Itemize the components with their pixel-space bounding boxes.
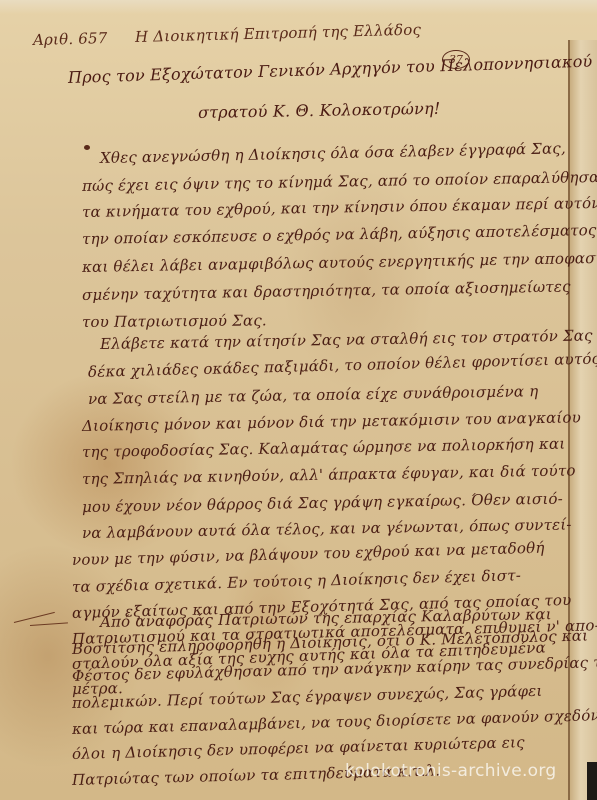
manuscript-page: Αριθ. 657 Η Διοικητική Επιτροπή της Ελλά… [0, 0, 597, 800]
body-line: της Σπηλιάς να κινηθούν, αλλ' άπρακτα έφ… [82, 461, 576, 488]
reference-number: Αριθ. 657 [33, 29, 108, 49]
margin-pen-stroke [30, 622, 68, 626]
paper-top-edge [0, 0, 597, 14]
archive-watermark: kolokotronis-archive.org [345, 761, 556, 781]
address-line-2: στρατού Κ. Θ. Κολοκοτρώνη! [198, 99, 441, 122]
issuer-heading: Η Διοικητική Επιτροπή της Ελλάδος [135, 21, 422, 46]
body-line: να Σας στείλη με τα ζώα, τα οποία είχε σ… [88, 382, 539, 408]
body-line: Διοίκησις μόνον και μόνον διά την μετακό… [82, 408, 581, 435]
body-line: πώς έχει εις όψιν της το κίνημά Σας, από… [82, 168, 597, 195]
address-line-1: Προς τον Εξοχώτατον Γενικόν Αρχηγόν του … [68, 52, 593, 87]
scan-background-corner [587, 762, 597, 800]
body-line: του Πατριωτισμού Σας. [82, 311, 267, 331]
body-line: όλοι η Διοίκησις δεν υποφέρει να φαίνετα… [72, 733, 525, 763]
body-line: και θέλει λάβει αναμφιβόλως αυτούς ενεργ… [82, 249, 597, 276]
body-line: να λαμβάνουν αυτά όλα τέλος, και να γένω… [82, 515, 572, 542]
body-line: πολεμικών. Περί τούτων Σας έγραψεν συνεχ… [72, 682, 543, 712]
body-line: της τροφοδοσίας Σας. Καλαμάτας ώρμησε να… [82, 435, 566, 461]
body-line: τα σχέδια σχετικά. Εν τούτοις η Διοίκησι… [72, 566, 521, 596]
body-line: σμένην ταχύτητα και δραστηριότητα, τα οπ… [82, 277, 571, 304]
body-line: δέκα χιλιάδες οκάδες παξιμάδι, το οποίον… [88, 350, 597, 381]
margin-pen-stroke [14, 612, 55, 623]
body-line: Χθες ανεγνώσθη η Διοίκησις όλα όσα έλαβε… [100, 139, 566, 167]
body-line: τα κινήματα του εχθρού, και την κίνησιν … [82, 194, 597, 221]
ink-blot [84, 145, 90, 150]
body-line: μου έχουν νέον θάρρος διά Σας γράψη εγκα… [82, 490, 563, 516]
body-line: Ελάβετε κατά την αίτησίν Σας να σταλθή ε… [100, 326, 593, 353]
body-line: την οποίαν εσκόπευσε ο εχθρός να λάβη, α… [82, 221, 597, 248]
body-line: νουν με την φύσιν, να βλάψουν του εχθρού… [72, 539, 545, 569]
